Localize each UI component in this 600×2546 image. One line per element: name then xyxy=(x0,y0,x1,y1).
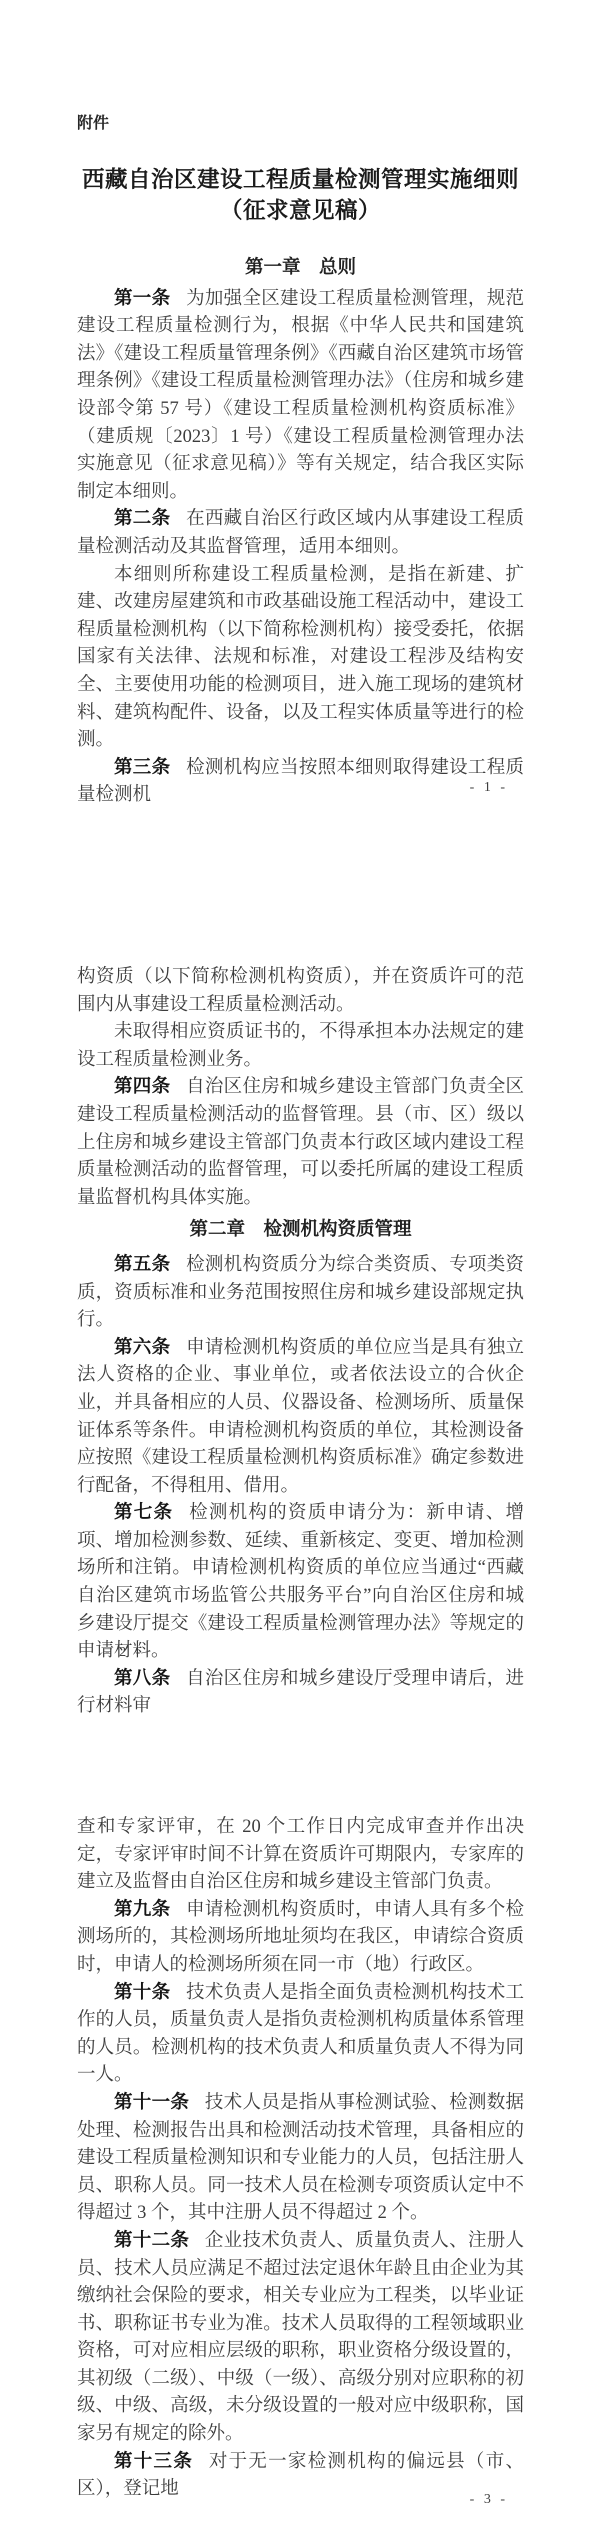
article-number: 第十二条 xyxy=(114,2231,189,2251)
page-1-body: 第一章 总则第一条为加强全区建设工程质量检测管理，规范建设工程质量检测行为，根据… xyxy=(77,255,524,810)
paragraph-text: 申请检测机构资质的单位应当是具有独立法人资格的企业、事业单位，或者依法设立的合伙… xyxy=(77,1338,524,1496)
page-2-number: - 2 - xyxy=(105,1645,143,1661)
paragraph: 第六条申请检测机构资质的单位应当是具有独立法人资格的企业、事业单位，或者依法设立… xyxy=(77,1335,524,1501)
page-2-body: 构资质（以下简称检测机构资质），并在资质许可的范围内从事建设工程质量检测活动。未… xyxy=(77,964,524,1721)
paragraph: 未取得相应资质证书的，不得承担本办法规定的建设工程质量检测业务。 xyxy=(77,1019,524,1074)
paragraph: 第十三条对于无一家检测机构的偏远县（市、区），登记地 xyxy=(77,2449,524,2504)
article-number: 第三条 xyxy=(114,758,170,778)
article-number: 第七条 xyxy=(114,1503,173,1523)
page-3-number: - 3 - xyxy=(470,2492,508,2508)
paragraph: 查和专家评审，在 20 个工作日内完成审查并作出决定，专家评审时间不计算在资质许… xyxy=(77,1814,524,1897)
paragraph: 第四条自治区住房和城乡建设主管部门负责全区建设工程质量检测活动的监督管理。县（市… xyxy=(77,1074,524,1212)
article-number: 第一条 xyxy=(114,289,170,309)
chapter-heading: 第二章 检测机构资质管理 xyxy=(77,1217,524,1245)
paragraph: 第九条申请检测机构资质时，申请人具有多个检测场所的，其检测场所地址须均在我区，申… xyxy=(77,1897,524,1980)
paragraph: 第一条为加强全区建设工程质量检测管理，规范建设工程质量检测行为，根据《中华人民共… xyxy=(77,286,524,507)
document-title-line1: 西藏自治区建设工程质量检测管理实施细则 xyxy=(82,167,519,192)
paragraph: 构资质（以下简称检测机构资质），并在资质许可的范围内从事建设工程质量检测活动。 xyxy=(77,964,524,1019)
document-title: 西藏自治区建设工程质量检测管理实施细则 （征求意见稿） xyxy=(77,164,524,226)
paragraph: 第十一条技术人员是指从事检测试验、检测数据处理、检测报告出具和检测活动技术管理，… xyxy=(77,2090,524,2228)
paragraph: 第七条检测机构的资质申请分为：新申请、增项、增加检测参数、延续、重新核定、变更、… xyxy=(77,1500,524,1666)
paragraph: 第二条在西藏自治区行政区域内从事建设工程质量检测活动及其监督管理，适用本细则。 xyxy=(77,506,524,561)
document-title-line2: （征求意见稿） xyxy=(220,198,381,223)
page-3-body: 查和专家评审，在 20 个工作日内完成审查并作出决定，专家评审时间不计算在资质许… xyxy=(77,1814,524,2504)
article-number: 第二条 xyxy=(114,509,170,529)
paragraph: 第五条检测机构资质分为综合类资质、专项类资质，资质标准和业务范围按照住房和城乡建… xyxy=(77,1252,524,1335)
attachment-label: 附件 xyxy=(77,114,524,134)
article-number: 第八条 xyxy=(114,1669,170,1689)
paragraph-text: 未取得相应资质证书的，不得承担本办法规定的建设工程质量检测业务。 xyxy=(77,1022,524,1070)
document-page-1: 附件 西藏自治区建设工程质量检测管理实施细则 （征求意见稿） 第一章 总则第一条… xyxy=(0,0,600,880)
paragraph-text: 构资质（以下简称检测机构资质），并在资质许可的范围内从事建设工程质量检测活动。 xyxy=(77,967,524,1015)
paragraph: 本细则所称建设工程质量检测，是指在新建、扩建、改建房屋建筑和市政基础设施工程活动… xyxy=(77,562,524,755)
chapter-heading: 第一章 总则 xyxy=(77,255,524,283)
article-number: 第五条 xyxy=(114,1255,170,1275)
document-page-2: 构资质（以下简称检测机构资质），并在资质许可的范围内从事建设工程质量检测活动。未… xyxy=(0,880,600,1730)
paragraph-text: 本细则所称建设工程质量检测，是指在新建、扩建、改建房屋建筑和市政基础设施工程活动… xyxy=(77,565,524,751)
paragraph: 第十二条企业技术负责人、质量负责人、注册人员、技术人员应满足不超过法定退休年龄且… xyxy=(77,2228,524,2449)
page-1-number: - 1 - xyxy=(470,780,508,796)
paragraph-text: 企业技术负责人、质量负责人、注册人员、技术人员应满足不超过法定退休年龄且由企业为… xyxy=(77,2231,524,2444)
article-number: 第十一条 xyxy=(114,2093,189,2113)
article-number: 第十条 xyxy=(114,1983,170,2003)
paragraph: 第八条自治区住房和城乡建设厅受理申请后，进行材料审 xyxy=(77,1666,524,1721)
paragraph: 第十条技术负责人是指全面负责检测机构技术工作的人员，质量负责人是指负责检测机构质… xyxy=(77,1980,524,2090)
paragraph-text: 查和专家评审，在 20 个工作日内完成审查并作出决定，专家评审时间不计算在资质许… xyxy=(77,1817,524,1892)
article-number: 第四条 xyxy=(114,1077,170,1097)
article-number: 第九条 xyxy=(114,1900,170,1920)
article-number: 第十三条 xyxy=(114,2452,193,2472)
paragraph-text: 为加强全区建设工程质量检测管理，规范建设工程质量检测行为，根据《中华人民共和国建… xyxy=(77,289,524,502)
document-scan: 附件 西藏自治区建设工程质量检测管理实施细则 （征求意见稿） 第一章 总则第一条… xyxy=(0,0,600,2546)
paragraph: 第三条检测机构应当按照本细则取得建设工程质量检测机 xyxy=(77,755,524,810)
document-page-3: 查和专家评审，在 20 个工作日内完成审查并作出决定，专家评审时间不计算在资质许… xyxy=(0,1730,600,2546)
article-number: 第六条 xyxy=(114,1338,170,1358)
paragraph-text: 检测机构的资质申请分为：新申请、增项、增加检测参数、延续、重新核定、变更、增加检… xyxy=(77,1503,524,1661)
